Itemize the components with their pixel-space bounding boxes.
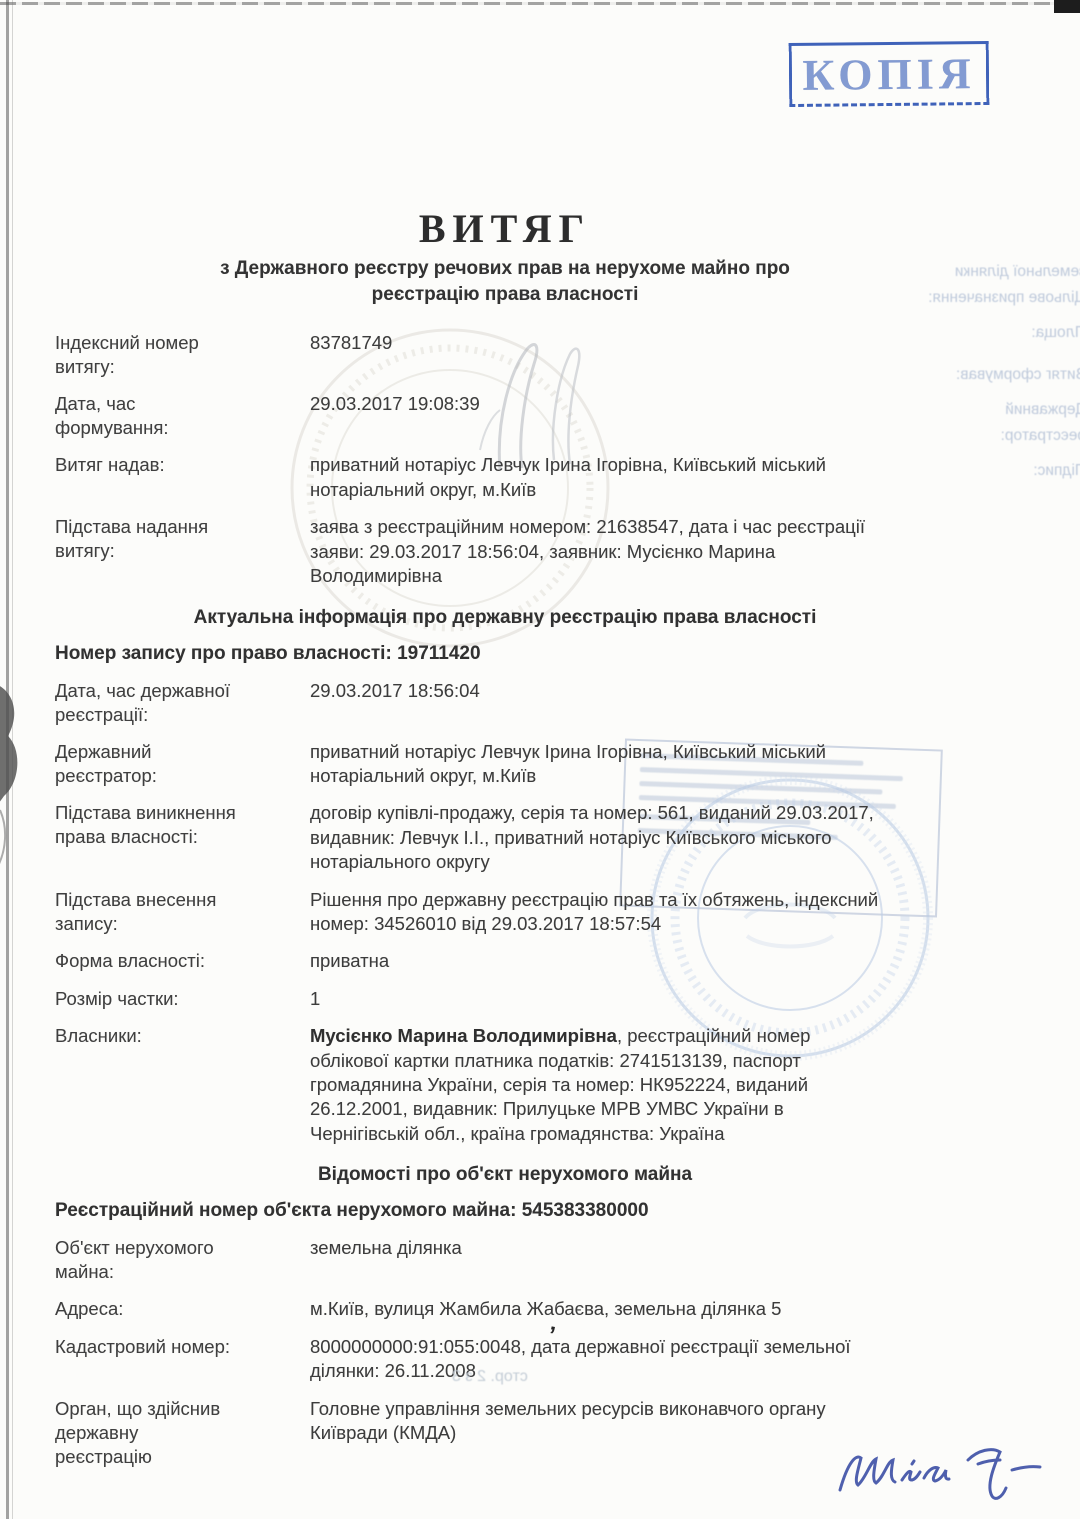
copy-stamp-label: КОПІЯ <box>802 48 976 101</box>
field-label: Індексний номер витягу: <box>55 331 240 379</box>
field-label: Кадастровий номер: <box>55 1335 240 1384</box>
page-number-bleed: стор. 2 з 3 <box>452 1368 528 1386</box>
field-row: Дата, час державної реєстрації: 29.03.20… <box>55 679 955 727</box>
field-row: Індексний номер витягу: 83781749 <box>55 331 955 379</box>
field-label: Державний реєстратор: <box>55 740 240 789</box>
field-label: Об'єкт нерухомого майна: <box>55 1236 240 1284</box>
handwritten-signature <box>828 1412 1068 1512</box>
field-label: Витяг надав: <box>55 453 240 502</box>
object-number-line: Реєстраційний номер об'єкта нерухомого м… <box>55 1200 955 1222</box>
field-row: Розмір частки: 1 <box>55 987 955 1011</box>
field-row: Підстава внесення запису: Рішення про де… <box>55 888 955 937</box>
field-row: Державний реєстратор: приватний нотаріус… <box>55 740 955 789</box>
field-value: Рішення про державну реєстрацію прав та … <box>310 888 920 937</box>
field-label: Орган, що здійснив державну реєстрацію <box>55 1397 240 1469</box>
field-row: Підстава надання витягу: заява з реєстра… <box>55 515 955 588</box>
copy-stamp: КОПІЯ <box>789 41 990 107</box>
field-label: Форма власності: <box>55 949 240 973</box>
field-row: Підстава виникнення права власності: дог… <box>55 801 955 874</box>
field-value: 8000000000:91:055:0048, дата державної р… <box>310 1335 920 1384</box>
field-value: земельна ділянка <box>310 1236 920 1284</box>
field-label: Адреса: <box>55 1297 240 1321</box>
field-row: Адреса: м.Київ, вулиця Жамбила Жабаєва, … <box>55 1297 955 1321</box>
field-row-owners: Власники: Мусієнко Марина Володимирівна,… <box>55 1024 955 1146</box>
field-label: Дата, час державної реєстрації: <box>55 679 240 727</box>
section-heading-ownership: Актуальна інформація про державну реєстр… <box>55 607 955 629</box>
field-row: Форма власності: приватна <box>55 949 955 973</box>
field-value: м.Київ, вулиця Жамбила Жабаєва, земельна… <box>310 1297 920 1321</box>
field-label: Підстава внесення запису: <box>55 888 240 937</box>
field-label: Дата, час формування: <box>55 392 240 440</box>
field-row: Витяг надав: приватний нотаріус Левчук І… <box>55 453 955 502</box>
field-value: 83781749 <box>310 331 920 379</box>
field-row: Орган, що здійснив державну реєстрацію Г… <box>55 1397 955 1469</box>
field-value: заява з реєстраційним номером: 21638547,… <box>310 515 870 588</box>
field-value: договір купівлі-продажу, серія та номер:… <box>310 801 920 874</box>
field-value: 29.03.2017 18:56:04 <box>310 679 920 727</box>
field-label: Власники: <box>55 1024 240 1146</box>
scanned-document-page: КОПІЯ земельної ділянки Цільове призначе… <box>0 0 1080 1519</box>
section-heading-property: Відомості про об'єкт нерухомого майна <box>55 1164 955 1186</box>
field-row: Дата, час формування: 29.03.2017 19:08:3… <box>55 392 955 440</box>
record-number-line: Номер запису про право власності: 197114… <box>55 643 955 665</box>
owner-name: Мусієнко Марина Володимирівна <box>310 1025 617 1046</box>
document-content: ВИТЯГ з Державного реєстру речових прав … <box>55 205 955 1482</box>
scan-corner-mark <box>1054 0 1080 13</box>
field-value: приватний нотаріус Левчук Ірина Ігорівна… <box>310 740 920 789</box>
document-title: ВИТЯГ <box>55 205 955 252</box>
field-value: Головне управління земельних ресурсів ви… <box>310 1397 870 1469</box>
field-value: приватна <box>310 949 920 973</box>
field-value: 1 <box>310 987 920 1011</box>
document-subtitle: з Державного реєстру речових прав на нер… <box>175 256 835 307</box>
binding-shadow-mark <box>0 678 30 888</box>
field-row: Об'єкт нерухомого майна: земельна ділянк… <box>55 1236 955 1284</box>
field-value: приватний нотаріус Левчук Ірина Ігорівна… <box>310 453 920 502</box>
field-label: Підстава виникнення права власності: <box>55 801 240 874</box>
field-label: Розмір частки: <box>55 987 240 1011</box>
field-value: 29.03.2017 19:08:39 <box>310 392 920 440</box>
scan-edge-top <box>0 2 1080 5</box>
field-label: Підстава надання витягу: <box>55 515 240 588</box>
field-value: Мусієнко Марина Володимирівна, реєстраці… <box>310 1024 855 1146</box>
